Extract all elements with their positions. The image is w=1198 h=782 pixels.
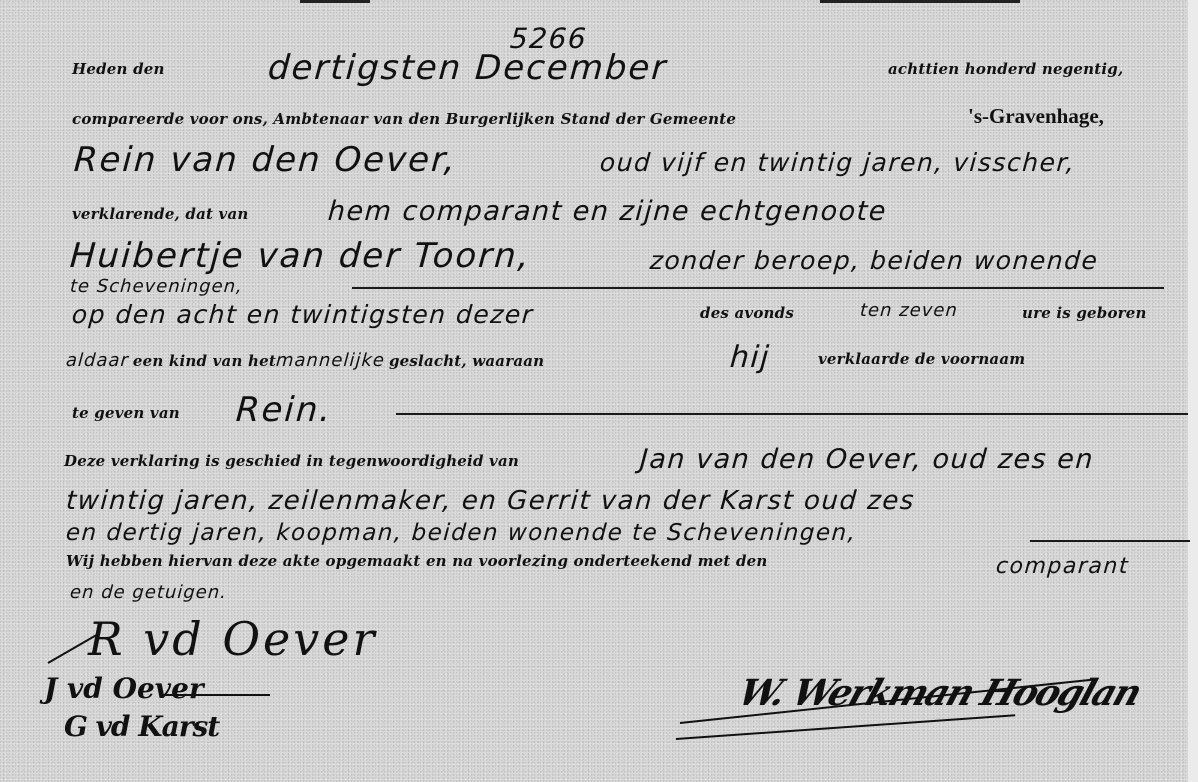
printed-text: Heden den bbox=[72, 60, 165, 78]
printed-evening: des avonds bbox=[700, 304, 794, 323]
signature-witness-2: G vd Karst bbox=[64, 710, 219, 743]
closing-witnesses: en de getuigen. bbox=[70, 582, 227, 603]
residence: te Scheveningen, bbox=[70, 276, 243, 297]
signature-flourish bbox=[160, 694, 270, 696]
line-closing: Wij hebben hiervan deze akte opgemaakt e… bbox=[66, 552, 767, 571]
line-official: compareerde voor ons, Ambtenaar van den … bbox=[72, 110, 736, 129]
mother-occupation-residence: zonder beroep, beiden wonende bbox=[650, 246, 1099, 275]
top-ink-mark bbox=[300, 0, 370, 3]
handwritten-spouse-intro: hem comparant en zijne echtgenoote bbox=[328, 196, 887, 227]
printed-year: achttien honderd negentig, bbox=[888, 60, 1123, 79]
witness-2-details: en dertig jaren, koopman, beiden wonende… bbox=[66, 520, 857, 546]
printed-born: ure is geboren bbox=[1022, 304, 1147, 323]
birth-date-text: op den acht en twintigsten dezer bbox=[72, 300, 534, 329]
witness-1-details: twintig jaren, zeilenmaker, en Gerrit va… bbox=[66, 486, 915, 516]
signature-declarant: R vd Oever bbox=[88, 612, 377, 666]
line-date: Heden den bbox=[72, 60, 165, 79]
handwritten-date: dertigsten December bbox=[268, 48, 667, 88]
printed-declared: verklaarde de voornaam bbox=[818, 350, 1025, 369]
line-child: aldaar een kind van hetmannelijke geslac… bbox=[66, 350, 544, 371]
witness-1-name: Jan van den Oever, oud zes en bbox=[640, 444, 1094, 475]
fill-line bbox=[1030, 540, 1190, 542]
scan-edge bbox=[1188, 0, 1198, 782]
handwritten-he: hij bbox=[730, 340, 770, 375]
signature-witness-1: J vd Oever bbox=[44, 672, 204, 705]
municipality: 's-Gravenhage, bbox=[968, 104, 1104, 129]
line-declaring: verklarende, dat van bbox=[72, 205, 249, 224]
closing-comparant: comparant bbox=[996, 554, 1129, 579]
birth-record-scan: 5266 Heden den dertigsten December achtt… bbox=[0, 0, 1198, 782]
fill-line bbox=[396, 413, 1188, 415]
declarant-age-occupation: oud vijf en twintig jaren, visscher, bbox=[600, 148, 1076, 177]
signature-registrar: W. Werkman Hooglan bbox=[733, 672, 1145, 714]
line-witnesses-intro: Deze verklaring is geschied in tegenwoor… bbox=[64, 452, 519, 471]
birth-hour: ten zeven bbox=[860, 300, 958, 321]
declarant-name: Rein van den Oever, bbox=[74, 140, 457, 180]
mother-name: Huibertje van der Toorn, bbox=[70, 236, 531, 276]
child-name: Rein. bbox=[236, 390, 332, 430]
fill-line bbox=[352, 287, 1164, 289]
top-ink-mark bbox=[820, 0, 1020, 3]
line-name-given: te geven van bbox=[72, 404, 180, 423]
